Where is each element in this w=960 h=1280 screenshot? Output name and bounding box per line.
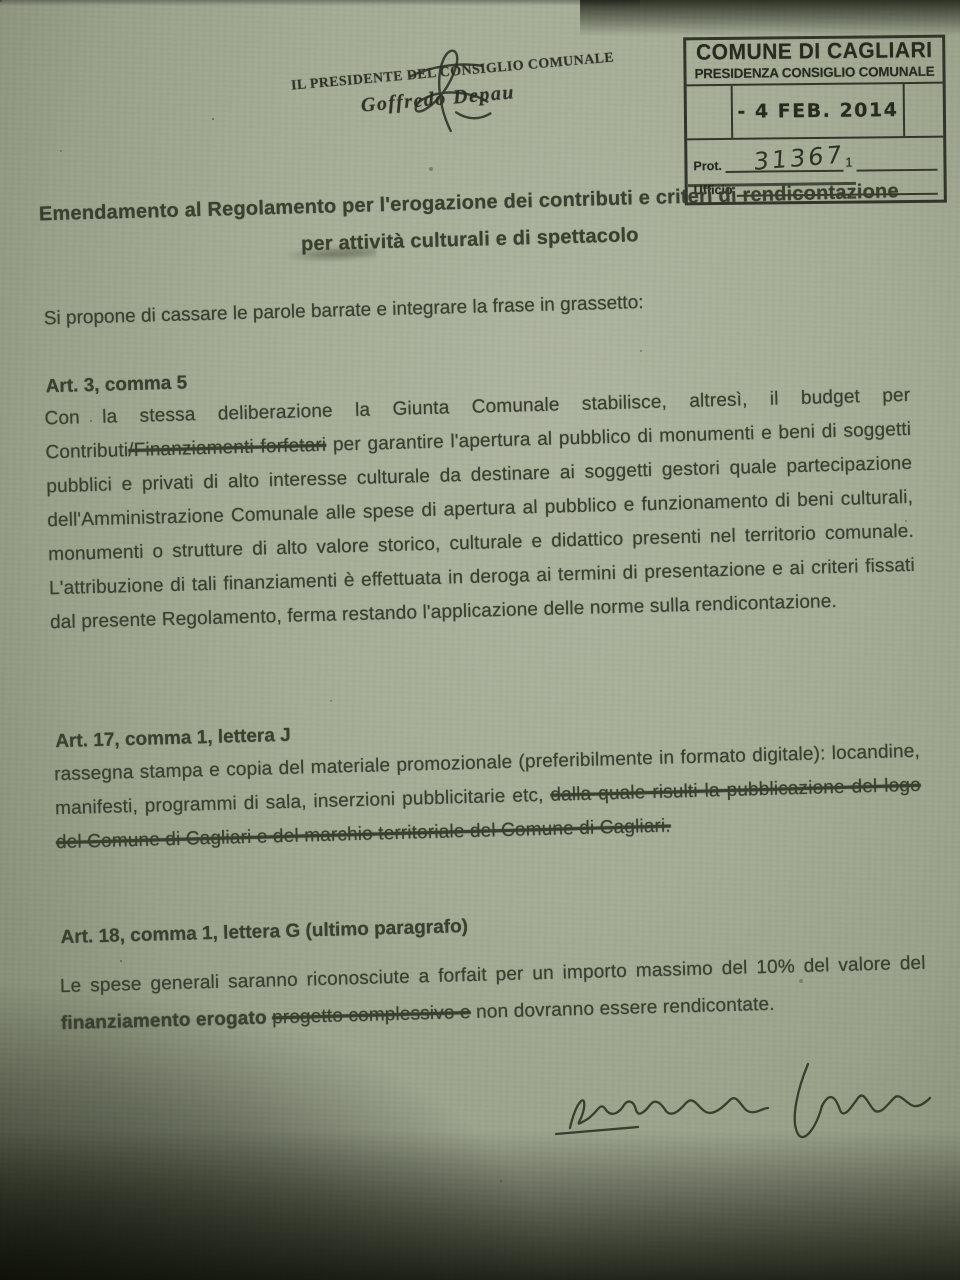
- section-paragraph-art17: rassegna stampa e copia del materiale pr…: [54, 735, 922, 860]
- section-paragraph-art3: Con la stessa deliberazione la Giunta Co…: [44, 379, 916, 640]
- ink-smudge: [288, 245, 376, 263]
- section-paragraph-art18: Le spese generali saranno riconosciute a…: [59, 945, 927, 1042]
- scanned-document-page: { "colors": { "paper": "#a5ad97", "ink":…: [0, 0, 960, 1280]
- section-heading-art17: Art. 17, comma 1, lettera J: [55, 725, 291, 753]
- text-segment-strike: /Finanziamenti forfetari: [128, 435, 327, 461]
- text-segment-normal: non dovranno essere rendicontate.: [470, 994, 774, 1023]
- section-heading-art18: Art. 18, comma 1, lettera G (ultimo para…: [60, 916, 468, 949]
- text-segment-normal: Le spese generali saranno riconosciute a…: [60, 953, 926, 997]
- section-heading-art3: Art. 3, comma 5: [45, 372, 187, 398]
- document-title: Emendamento al Regolamento per l'erogazi…: [29, 173, 911, 271]
- text-segment-strike: progetto complessivo e: [272, 1002, 471, 1028]
- text-segment-bold: finanziamento erogato: [61, 1008, 267, 1035]
- handwritten-signature: [540, 1048, 950, 1163]
- intro-text: Si propone di cassare le parole barrate …: [44, 286, 864, 330]
